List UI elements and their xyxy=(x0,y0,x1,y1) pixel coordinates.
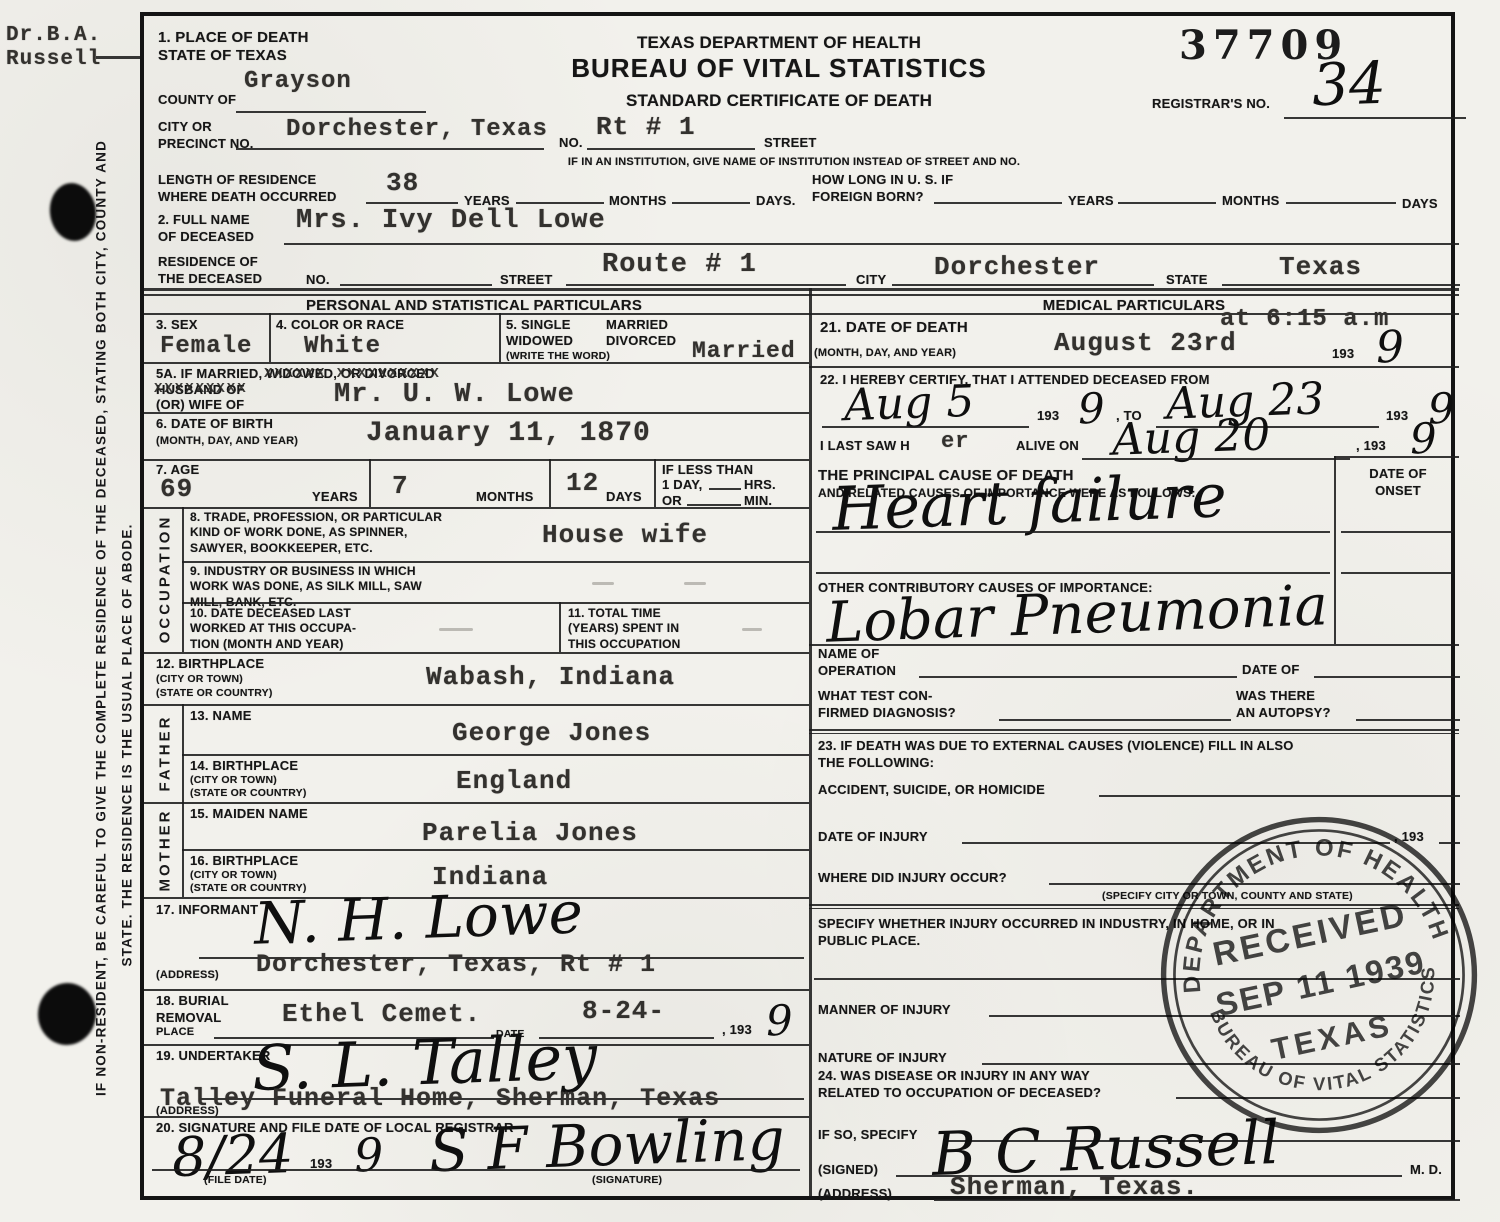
age-years-value: 69 xyxy=(160,474,193,504)
race-value: White xyxy=(304,333,381,360)
marital-divorced-label: DIVORCED xyxy=(606,333,676,350)
autopsy-label: WAS THERE AN AUTOPSY? xyxy=(1236,688,1331,721)
father-bp-value: England xyxy=(456,766,572,796)
death-time-value: at 6:15 a.m xyxy=(1220,306,1389,333)
residence-city-value: Dorchester xyxy=(934,252,1100,282)
certificate-title: STANDARD CERTIFICATE OF DEATH xyxy=(479,90,1079,112)
burial-place-label: PLACE xyxy=(156,1025,194,1039)
us-days-label: DAYS xyxy=(1402,196,1438,213)
last-saw-post: ALIVE ON xyxy=(1016,438,1079,455)
physician-address-value: Sherman, Texas. xyxy=(950,1172,1199,1202)
registrar-no-value: 34 xyxy=(1311,49,1387,120)
state-of-texas: STATE OF TEXAS xyxy=(158,46,287,65)
if-so-specify-label: IF SO, SPECIFY xyxy=(818,1127,918,1144)
date-of-death-label: 21. DATE OF DEATH xyxy=(820,318,968,337)
residence-state-label: STATE xyxy=(1166,272,1208,289)
test-label: WHAT TEST CON- FIRMED DIAGNOSIS? xyxy=(818,688,956,721)
received-stamp: DEPARTMENT OF HEALTH BUREAU OF VITAL STA… xyxy=(1125,780,1500,1171)
sex-value: Female xyxy=(160,333,252,360)
operation-date-label: DATE OF xyxy=(1242,662,1300,679)
residence-street-label: STREET xyxy=(500,272,552,289)
last-worked-label: 10. DATE DECEASED LAST WORKED AT THIS OC… xyxy=(190,606,356,652)
mother-name-value: Parelia Jones xyxy=(422,818,638,848)
trade-value: House wife xyxy=(542,520,708,550)
us-months-label: MONTHS xyxy=(1222,193,1280,210)
age-days-label: DAYS xyxy=(606,489,642,506)
hrs-label: HRS. xyxy=(744,477,776,494)
informant-address-label: (ADDRESS) xyxy=(156,968,219,982)
last-saw-pre: I LAST SAW H xyxy=(820,438,910,455)
md-label: M. D. xyxy=(1410,1162,1442,1179)
last-saw-year-pre: , 193 xyxy=(1356,438,1386,455)
death-certificate-scan: Dr.B.A. Russell IF NON-RESIDENT, BE CARE… xyxy=(0,0,1500,1222)
residence-state-value: Texas xyxy=(1279,252,1362,282)
file-date-label: (FILE DATE) xyxy=(204,1174,267,1187)
father-name-label: 13. NAME xyxy=(190,708,252,725)
dept-title: TEXAS DEPARTMENT OF HEALTH xyxy=(479,32,1079,54)
informant-label: 17. INFORMANT xyxy=(156,902,258,919)
burial-year-digit: 9 xyxy=(765,996,793,1046)
birthplace-sub1: (CITY OR TOWN) xyxy=(156,673,243,686)
trade-label: 8. TRADE, PROFESSION, OR PARTICULAR KIND… xyxy=(190,510,442,556)
street-label: STREET xyxy=(764,135,816,152)
occupation-vertical-label: OCCUPATION xyxy=(157,515,174,644)
mother-bp-sub1: (CITY OR TOWN) xyxy=(190,869,277,882)
last-saw-er: er xyxy=(941,429,969,454)
registrar-no-label: REGISTRAR'S NO. xyxy=(1152,96,1270,113)
onset-label: DATE OF ONSET xyxy=(1339,466,1457,499)
marital-widowed-label: WIDOWED xyxy=(506,333,573,350)
informant-address-value: Dorchester, Texas, Rt # 1 xyxy=(256,950,656,979)
margin-instruction-outer: IF NON-RESIDENT, BE CAREFUL TO GIVE THE … xyxy=(94,140,109,1096)
age-months-value: 7 xyxy=(392,471,409,501)
institution-note: IF IN AN INSTITUTION, GIVE NAME OF INSTI… xyxy=(444,155,1144,169)
us-length-label: HOW LONG IN U. S. IF FOREIGN BORN? xyxy=(812,172,953,205)
strikeout-x2: XXXXXXXXX xyxy=(154,381,248,397)
injury-date-label: DATE OF INJURY xyxy=(818,829,928,846)
pen-dash xyxy=(96,56,144,59)
dob-label: 6. DATE OF BIRTH xyxy=(156,416,273,433)
full-name-value: Mrs. Ivy Dell Lowe xyxy=(296,206,606,236)
dod-year-pre: 193 xyxy=(1332,346,1354,363)
spouse-value: Mr. U. W. Lowe xyxy=(334,380,575,410)
from-year-pre: 193 xyxy=(1037,408,1059,425)
sex-label: 3. SEX xyxy=(156,317,198,334)
age-years-label: YEARS xyxy=(312,489,358,506)
age-days-value: 12 xyxy=(566,468,599,498)
mother-name-label: 15. MAIDEN NAME xyxy=(190,806,308,823)
residence-street-value: Route # 1 xyxy=(602,250,757,280)
total-time-label: 11. TOTAL TIME (YEARS) SPENT IN THIS OCC… xyxy=(568,606,681,652)
months-label: MONTHS xyxy=(609,193,667,210)
undertaker-address-value: Talley Funeral Home, Sherman, Texas xyxy=(160,1084,720,1113)
accident-label: ACCIDENT, SUICIDE, OR HOMICIDE xyxy=(818,782,1045,799)
margin-instruction-inner: STATE. THE RESIDENCE IS THE USUAL PLACE … xyxy=(120,523,135,966)
file-year-digit: 9 xyxy=(353,1128,384,1183)
occupation-related-label: 24. WAS DISEASE OR INJURY IN ANY WAY REL… xyxy=(818,1068,1101,1101)
informant-signature: N. H. Lowe xyxy=(253,878,584,957)
race-label: 4. COLOR OR RACE xyxy=(276,317,404,334)
dob-value: January 11, 1870 xyxy=(366,418,651,449)
signature-label: (SIGNATURE) xyxy=(592,1174,662,1187)
death-date-value: August 23rd xyxy=(1054,328,1237,358)
doctor-annotation: Dr.B.A. Russell xyxy=(6,24,101,72)
dob-sub-label: (MONTH, DAY, AND YEAR) xyxy=(156,434,298,448)
county-label: COUNTY OF xyxy=(158,92,236,109)
father-bp-sub1: (CITY OR TOWN) xyxy=(190,774,277,787)
operation-label: NAME OF OPERATION xyxy=(818,646,896,679)
burial-year-pre: , 193 xyxy=(722,1022,752,1039)
residence-city-label: CITY xyxy=(856,272,886,289)
age-months-label: MONTHS xyxy=(476,489,534,506)
from-year-digit: 9 xyxy=(1077,384,1105,434)
burial-label: 18. BURIAL REMOVAL xyxy=(156,993,229,1026)
to-year-pre: 193 xyxy=(1386,408,1408,425)
length-years-value: 38 xyxy=(386,168,419,198)
dod-sub-label: (MONTH, DAY, AND YEAR) xyxy=(814,346,956,360)
one-day-label: 1 DAY, xyxy=(662,477,702,494)
bureau-title: BUREAU OF VITAL STATISTICS xyxy=(454,52,1104,85)
residence-label: RESIDENCE OF THE DECEASED xyxy=(158,254,262,287)
length-residence-label: LENGTH OF RESIDENCE WHERE DEATH OCCURRED xyxy=(158,172,337,205)
birthplace-sub2: (STATE OR COUNTRY) xyxy=(156,687,273,700)
father-bp-sub2: (STATE OR COUNTRY) xyxy=(190,787,307,800)
injury-where-label: WHERE DID INJURY OCCUR? xyxy=(818,870,1007,887)
father-vertical-label: FATHER xyxy=(157,715,174,792)
signed-label: (SIGNED) xyxy=(818,1162,878,1179)
days-label: DAYS. xyxy=(756,193,796,210)
marital-married-label: MARRIED xyxy=(606,317,668,334)
us-years-label: YEARS xyxy=(1068,193,1114,210)
manner-label: MANNER OF INJURY xyxy=(818,1002,951,1019)
birthplace-value: Wabash, Indiana xyxy=(426,662,675,692)
residence-no-label: NO. xyxy=(306,272,330,289)
father-bp-label: 14. BIRTHPLACE xyxy=(190,758,298,775)
punch-hole-top xyxy=(46,180,100,244)
attended-from-value: Aug 5 xyxy=(843,376,975,432)
no-label: NO. xyxy=(559,135,583,152)
birthplace-label: 12. BIRTHPLACE xyxy=(156,656,264,673)
mother-bp-label: 16. BIRTHPLACE xyxy=(190,853,298,870)
nature-label: NATURE OF INJURY xyxy=(818,1050,947,1067)
external-causes-label: 23. IF DEATH WAS DUE TO EXTERNAL CAUSES … xyxy=(818,738,1294,771)
mother-vertical-label: MOTHER xyxy=(157,809,174,892)
marital-single-label: 5. SINGLE xyxy=(506,317,571,334)
full-name-label: 2. FULL NAME OF DECEASED xyxy=(158,212,254,245)
marital-value: Married xyxy=(692,338,796,364)
city-value: Dorchester, Texas xyxy=(286,116,548,143)
route-value: Rt # 1 xyxy=(596,112,696,142)
county-value: Grayson xyxy=(244,68,352,95)
place-of-death-title: 1. PLACE OF DEATH xyxy=(158,28,309,47)
father-name-value: George Jones xyxy=(452,718,651,748)
physician-address-label: (ADDRESS) xyxy=(818,1186,892,1203)
punch-hole-bottom xyxy=(35,980,99,1048)
